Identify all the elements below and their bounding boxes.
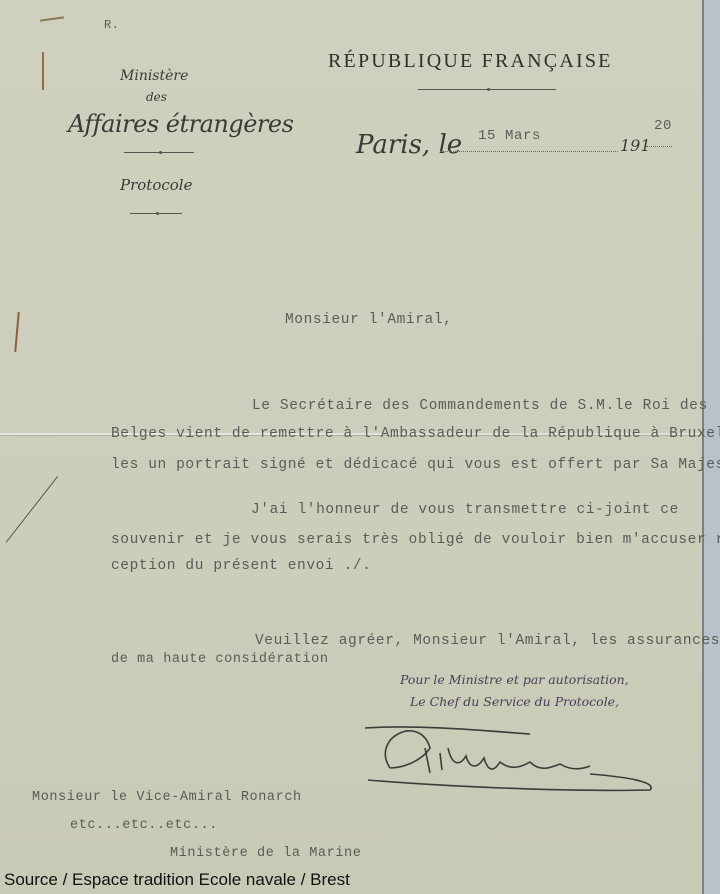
pin-mark-lower: [14, 312, 19, 352]
handwritten-signature: [360, 718, 660, 798]
letter-paper: R. Ministère des Affaires étrangères Pro…: [0, 0, 702, 894]
year-suffix: 20: [654, 118, 672, 134]
ministry-divider: [124, 152, 194, 153]
pencil-slash: [6, 476, 59, 543]
paragraph2-line3: ception du présent envoi ./.: [111, 558, 371, 574]
staple-mark-top: [40, 16, 64, 21]
recipient-line1: Monsieur le Vice-Amiral Ronarch: [32, 790, 302, 805]
date-typed: 15 Mars: [478, 128, 541, 144]
pin-mark-upper: [42, 52, 44, 90]
department-divider: [130, 213, 182, 214]
republic-divider: [418, 89, 556, 90]
ministry-line2: des: [146, 90, 167, 104]
paragraph1-line2: Belges vient de remettre à l'Ambassadeur…: [111, 426, 720, 442]
stamp-line2: Le Chef du Service du Protocole,: [410, 694, 619, 709]
source-caption: Source / Espace tradition Ecole navale /…: [0, 866, 720, 894]
ministry-line1: Ministère: [120, 68, 188, 84]
republic-heading: RÉPUBLIQUE FRANÇAISE: [328, 50, 613, 73]
place-prefix: Paris, le: [356, 130, 462, 160]
closing-line2: de ma haute considération: [111, 652, 329, 667]
recipient-line2: etc...etc..etc...: [70, 818, 218, 833]
recipient-line3: Ministère de la Marine: [170, 846, 361, 861]
year-dotted-line: [646, 146, 672, 147]
stamp-line1: Pour le Ministre et par autorisation,: [400, 672, 629, 687]
department-protocole: Protocole: [120, 176, 192, 194]
closing-line1: Veuillez agréer, Monsieur l'Amiral, les …: [255, 633, 720, 649]
paragraph2-line1: J'ai l'honneur de vous transmettre ci-jo…: [251, 502, 679, 518]
paragraph1-line3: les un portrait signé et dédicacé qui vo…: [111, 457, 720, 473]
paragraph2-line2: souvenir et je vous serais très obligé d…: [111, 532, 720, 548]
salutation: Monsieur l'Amiral,: [285, 312, 452, 328]
paragraph1-line1: Le Secrétaire des Commandements de S.M.l…: [252, 398, 708, 414]
reference-mark: R.: [104, 18, 120, 32]
date-dotted-line: [440, 151, 618, 152]
ministry-line3: Affaires étrangères: [68, 110, 293, 138]
